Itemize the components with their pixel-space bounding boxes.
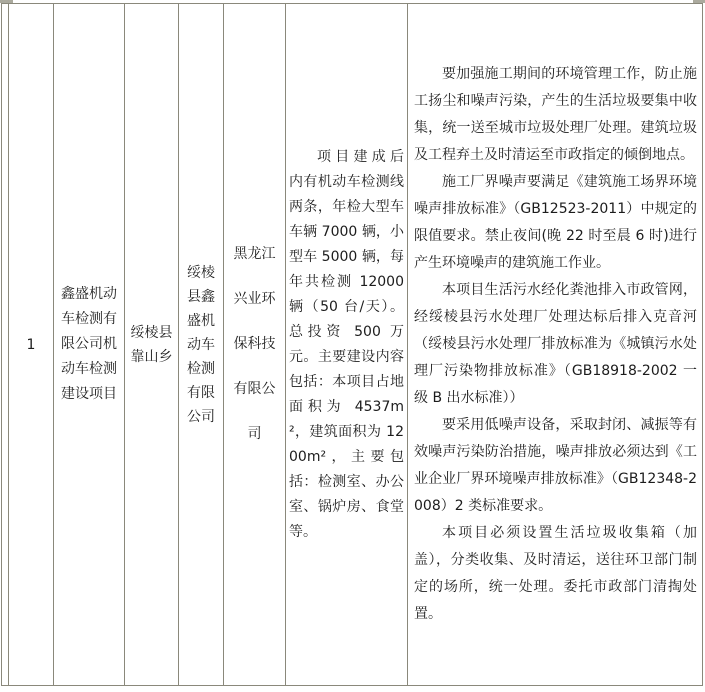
cell-project-name: 鑫盛机动车检测有限公司机动车检测建设项目 bbox=[54, 4, 125, 686]
requirement-paragraph-1: 要加强施工期间的环境管理工作，防止施工扬尘和噪声污染，产生的生活垃圾要集中收集，… bbox=[414, 61, 697, 169]
cell-project-location: 绥棱县靠山乡 bbox=[125, 4, 179, 686]
cell-eia-agency: 黑龙江兴业环保科技有限公司 bbox=[224, 4, 286, 686]
requirement-paragraph-4: 要采用低噪声设备，采取封闭、减振等有效噪声污染防治措施，噪声排放必须达到《工业企… bbox=[414, 412, 697, 520]
cell-blank bbox=[2, 4, 9, 686]
cell-sequence-number: 1 bbox=[9, 4, 54, 686]
cell-project-overview: 项目建成后 内有机动车检测线两条，年检大型车车辆 7000 辆，小型车 5000… bbox=[286, 4, 408, 686]
table-row: 1 鑫盛机动车检测有限公司机动车检测建设项目 绥棱县靠山乡 绥棱县鑫盛机动车检测… bbox=[2, 4, 703, 686]
requirement-paragraph-5: 本项目必须设置生活垃圾收集箱（加盖），分类收集、及时清运，送往环卫部门制定的场所… bbox=[414, 520, 697, 628]
cell-environmental-requirements: 要加强施工期间的环境管理工作，防止施工扬尘和噪声污染，产生的生活垃圾要集中收集，… bbox=[408, 4, 703, 686]
requirement-paragraph-2: 施工厂界噪声要满足《建筑施工场界环境噪声排放标准》（GB12523-2011）中… bbox=[414, 169, 697, 277]
cell-construction-unit: 绥棱县鑫盛机动车检测有限公司 bbox=[179, 4, 224, 686]
requirement-paragraph-3: 本项目生活污水经化粪池排入市政管网，经绥棱县污水处理厂处理达标后排入克音河（绥棱… bbox=[414, 277, 697, 412]
approval-table: 1 鑫盛机动车检测有限公司机动车检测建设项目 绥棱县靠山乡 绥棱县鑫盛机动车检测… bbox=[1, 3, 703, 686]
project-overview-paragraph: 项目建成后 内有机动车检测线两条，年检大型车车辆 7000 辆，小型车 5000… bbox=[289, 145, 404, 545]
